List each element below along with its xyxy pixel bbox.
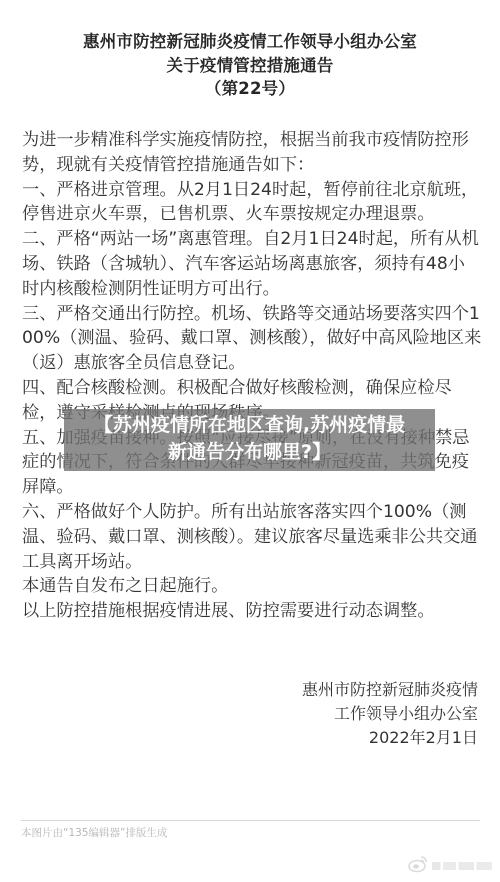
footer-credit: 本图片由“135编辑器”排版生成: [21, 825, 167, 841]
notice-number: （第22号）: [0, 77, 500, 101]
effective-date-paragraph: 本通告自发布之日起施行。: [22, 574, 482, 599]
signature-issuer-line2: 工作领导小组办公室: [302, 702, 478, 726]
document-header: 惠州市防控新冠肺炎疫情工作领导小组办公室 关于疫情管控措施通告 （第22号）: [0, 30, 500, 101]
adjustment-note-paragraph: 以上防控措施根据疫情进展、防控需要进行动态调整。: [22, 599, 482, 624]
signature-issuer-line1: 惠州市防控新冠肺炎疫情: [302, 678, 478, 702]
weibo-icon: [408, 855, 428, 877]
headline-overlay: 【苏州疫情所在地区查询,苏州疫情最 新通告分布哪里?】: [64, 409, 435, 471]
signature-date: 2022年2月1日: [302, 726, 478, 750]
measure-1-paragraph: 一、严格进京管理。从2月1日24时起，暂停前往北京航班，停售进京火车票，已售机票…: [22, 178, 482, 228]
measure-2-paragraph: 二、严格“两站一场”离惠管理。自2月1日24时起，所有从机场、铁路（含城轨）、汽…: [22, 227, 482, 301]
headline-line2: 新通告分布哪里?】: [64, 439, 435, 466]
measure-6-paragraph: 六、严格做好个人防护。所有出站旅客落实四个100%（测温、验码、戴口罩、测核酸）…: [22, 500, 482, 574]
notice-title: 关于疫情管控措施通告: [0, 54, 500, 78]
document-body: 为进一步精准科学实施疫情防控，根据当前我市疫情防控形势，现就有关疫情管控措施通告…: [22, 128, 482, 624]
intro-paragraph: 为进一步精准科学实施疫情防控，根据当前我市疫情防控形势，现就有关疫情管控措施通告…: [22, 128, 482, 178]
measure-3-paragraph: 三、严格交通出行防控。机场、铁路等交通站场要落实四个100%（测温、验码、戴口罩…: [22, 302, 482, 376]
signature-block: 惠州市防控新冠肺炎疫情 工作领导小组办公室 2022年2月1日: [302, 678, 478, 750]
headline-line1: 【苏州疫情所在地区查询,苏州疫情最: [64, 412, 435, 439]
watermark-text-blurred: [432, 862, 492, 870]
watermark: [408, 856, 496, 876]
footer-divider: [21, 820, 480, 821]
issuer-title: 惠州市防控新冠肺炎疫情工作领导小组办公室: [0, 30, 500, 54]
